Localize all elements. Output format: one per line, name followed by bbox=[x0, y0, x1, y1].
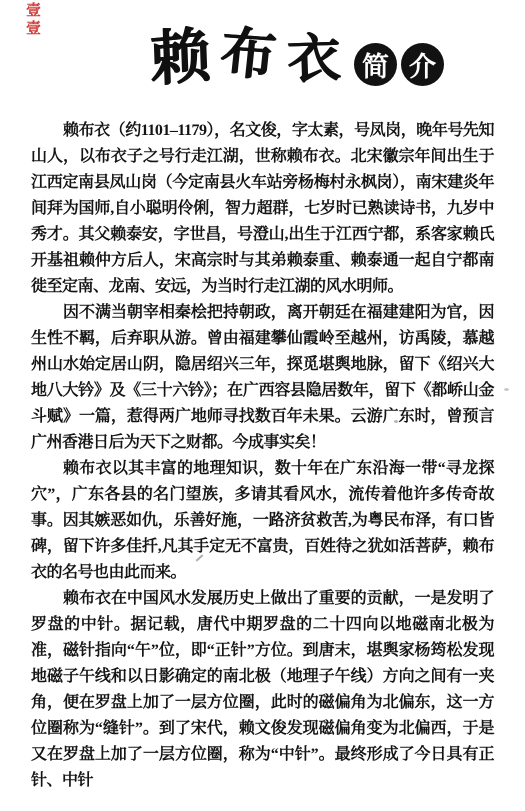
red-stamp-char-1: 壹 bbox=[26, 2, 41, 20]
title-calligraphy-char-lai: 赖 bbox=[149, 25, 211, 90]
paragraph-career: 因不满当朝宰相秦桧把持朝政，离开朝廷在福建建阳为官，因生性不羁，后弃职从游。曾由… bbox=[31, 300, 494, 456]
scanned-page: 壹 壹 赖 布 衣 简 介 赖布衣（约1101–1179），名文俊，字太素，号凤… bbox=[0, 0, 525, 811]
title-circle-badge-jie: 介 bbox=[401, 43, 444, 86]
title-calligraphy-char-yi: 衣 bbox=[286, 33, 341, 88]
title-circle-badge-jian: 简 bbox=[354, 43, 397, 86]
paragraph-biography: 赖布衣（约1101–1179），名文俊，字太素，号凤岗，晚年号先知山人，以布衣子… bbox=[31, 118, 494, 300]
title-calligraphy-char-bu: 布 bbox=[217, 25, 278, 84]
paragraph-legend: 赖布衣以其丰富的地理知识，数十年在广东沿海一带“寻龙探穴”，广东各县的名门望族，… bbox=[31, 456, 494, 586]
red-stamp-marks: 壹 壹 bbox=[26, 2, 41, 38]
paragraph-compass-contribution: 赖布衣在中国风水发展历史上做出了重要的贡献，一是发明了罗盘的中针。据记载，唐代中… bbox=[31, 586, 494, 794]
body-text: 赖布衣（约1101–1179），名文俊，字太素，号凤岗，晚年号先知山人，以布衣子… bbox=[31, 118, 494, 794]
page-title: 赖 布 衣 简 介 bbox=[150, 28, 444, 88]
scan-speck bbox=[504, 388, 509, 391]
red-stamp-char-2: 壹 bbox=[26, 20, 41, 38]
scan-speck bbox=[394, 420, 398, 423]
